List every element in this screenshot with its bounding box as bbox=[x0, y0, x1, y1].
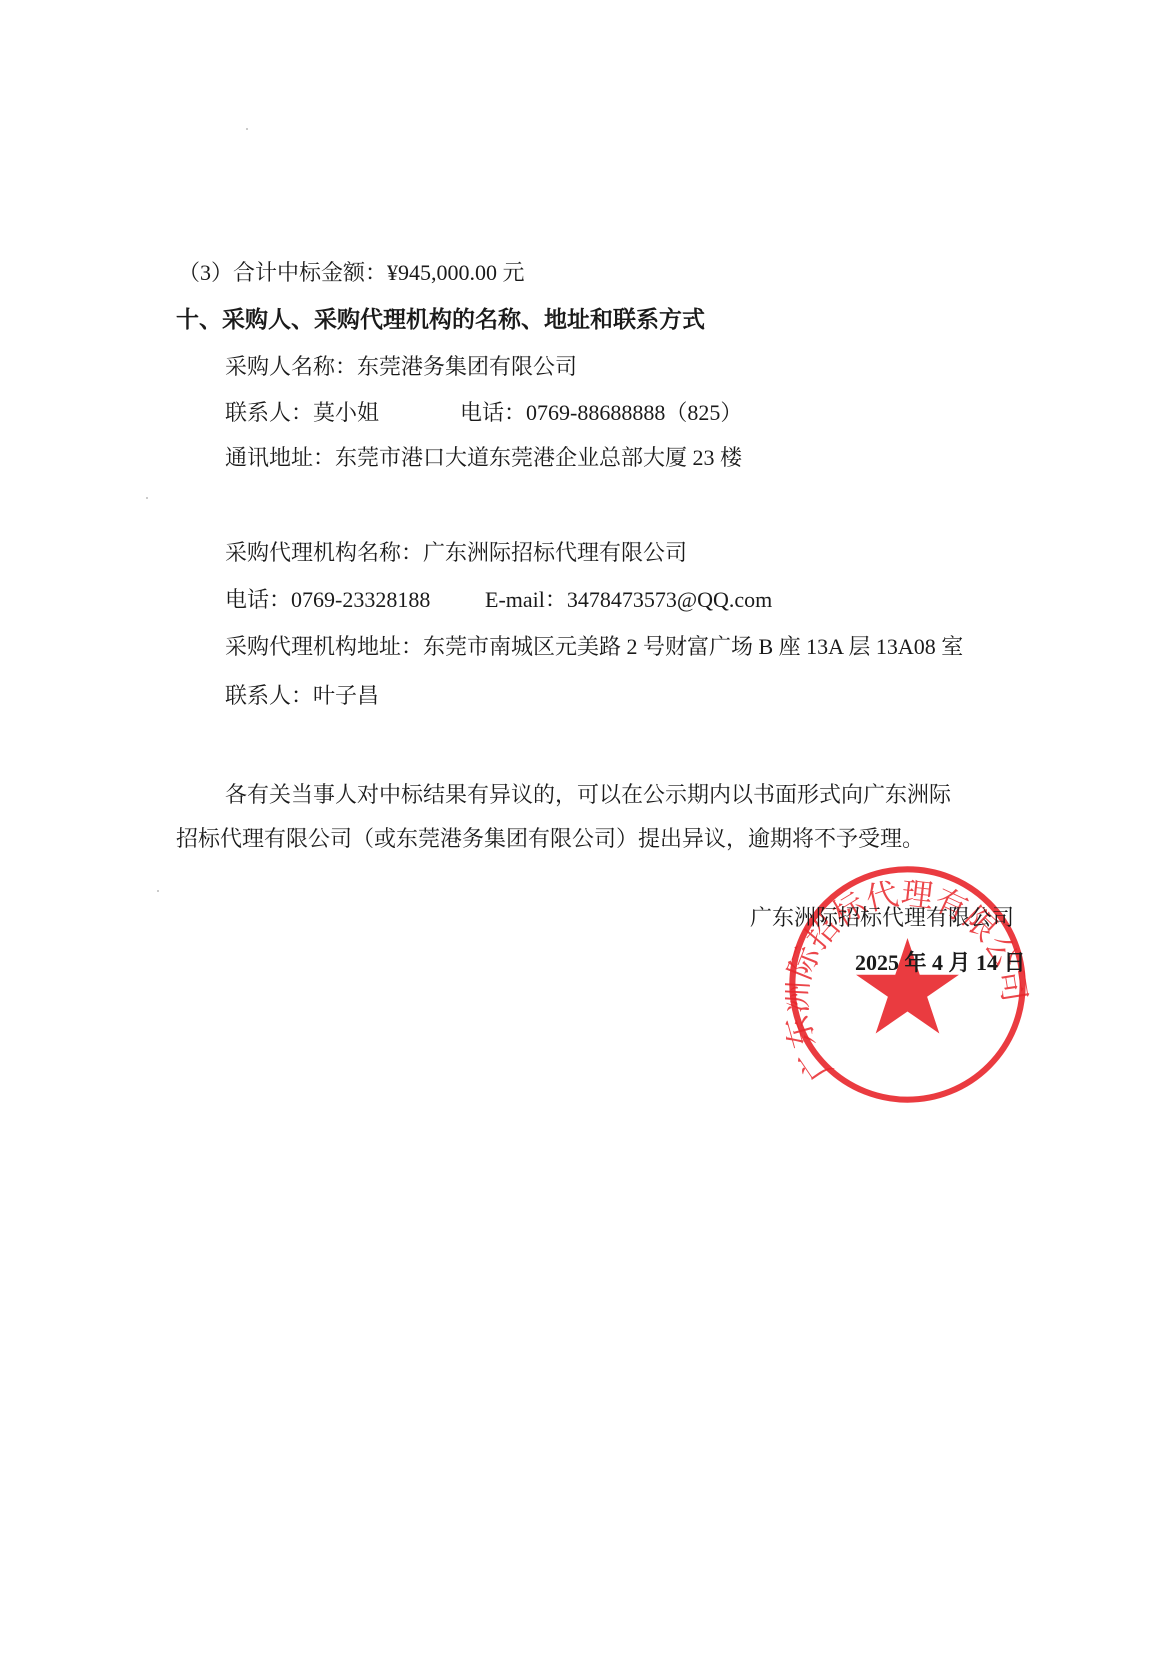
scan-speck bbox=[246, 128, 248, 130]
purchaser-phone: 电话：0769-88688888（825） bbox=[460, 398, 742, 428]
purchaser-address: 通讯地址：东莞市港口大道东莞港企业总部大厦 23 楼 bbox=[225, 443, 742, 473]
signature-company: 广东洲际招标代理有限公司 bbox=[750, 903, 1014, 933]
scan-speck bbox=[146, 497, 148, 499]
agency-email: E-mail：3478473573@QQ.com bbox=[485, 585, 772, 615]
official-seal-icon: 广东洲际招标代理有限公司 bbox=[785, 862, 1030, 1107]
section-10-heading: 十、采购人、采购代理机构的名称、地址和联系方式 bbox=[176, 305, 705, 335]
purchaser-name: 采购人名称：东莞港务集团有限公司 bbox=[225, 352, 577, 382]
agency-phone: 电话：0769-23328188 bbox=[225, 585, 430, 615]
total-bid-amount: （3）合计中标金额：¥945,000.00 元 bbox=[178, 258, 525, 288]
signature-date: 2025 年 4 月 14 日 bbox=[855, 948, 1026, 978]
agency-address: 采购代理机构地址：东莞市南城区元美路 2 号财富广场 B 座 13A 层 13A… bbox=[225, 632, 963, 662]
scan-speck bbox=[157, 890, 159, 892]
purchaser-contact: 联系人：莫小姐 bbox=[225, 398, 379, 428]
objection-paragraph-line-2: 招标代理有限公司（或东莞港务集团有限公司）提出异议，逾期将不予受理。 bbox=[176, 824, 924, 854]
agency-contact: 联系人：叶子昌 bbox=[225, 681, 379, 711]
objection-paragraph-line-1: 各有关当事人对中标结果有异议的，可以在公示期内以书面形式向广东洲际 bbox=[225, 780, 951, 810]
agency-name: 采购代理机构名称：广东洲际招标代理有限公司 bbox=[225, 538, 687, 568]
